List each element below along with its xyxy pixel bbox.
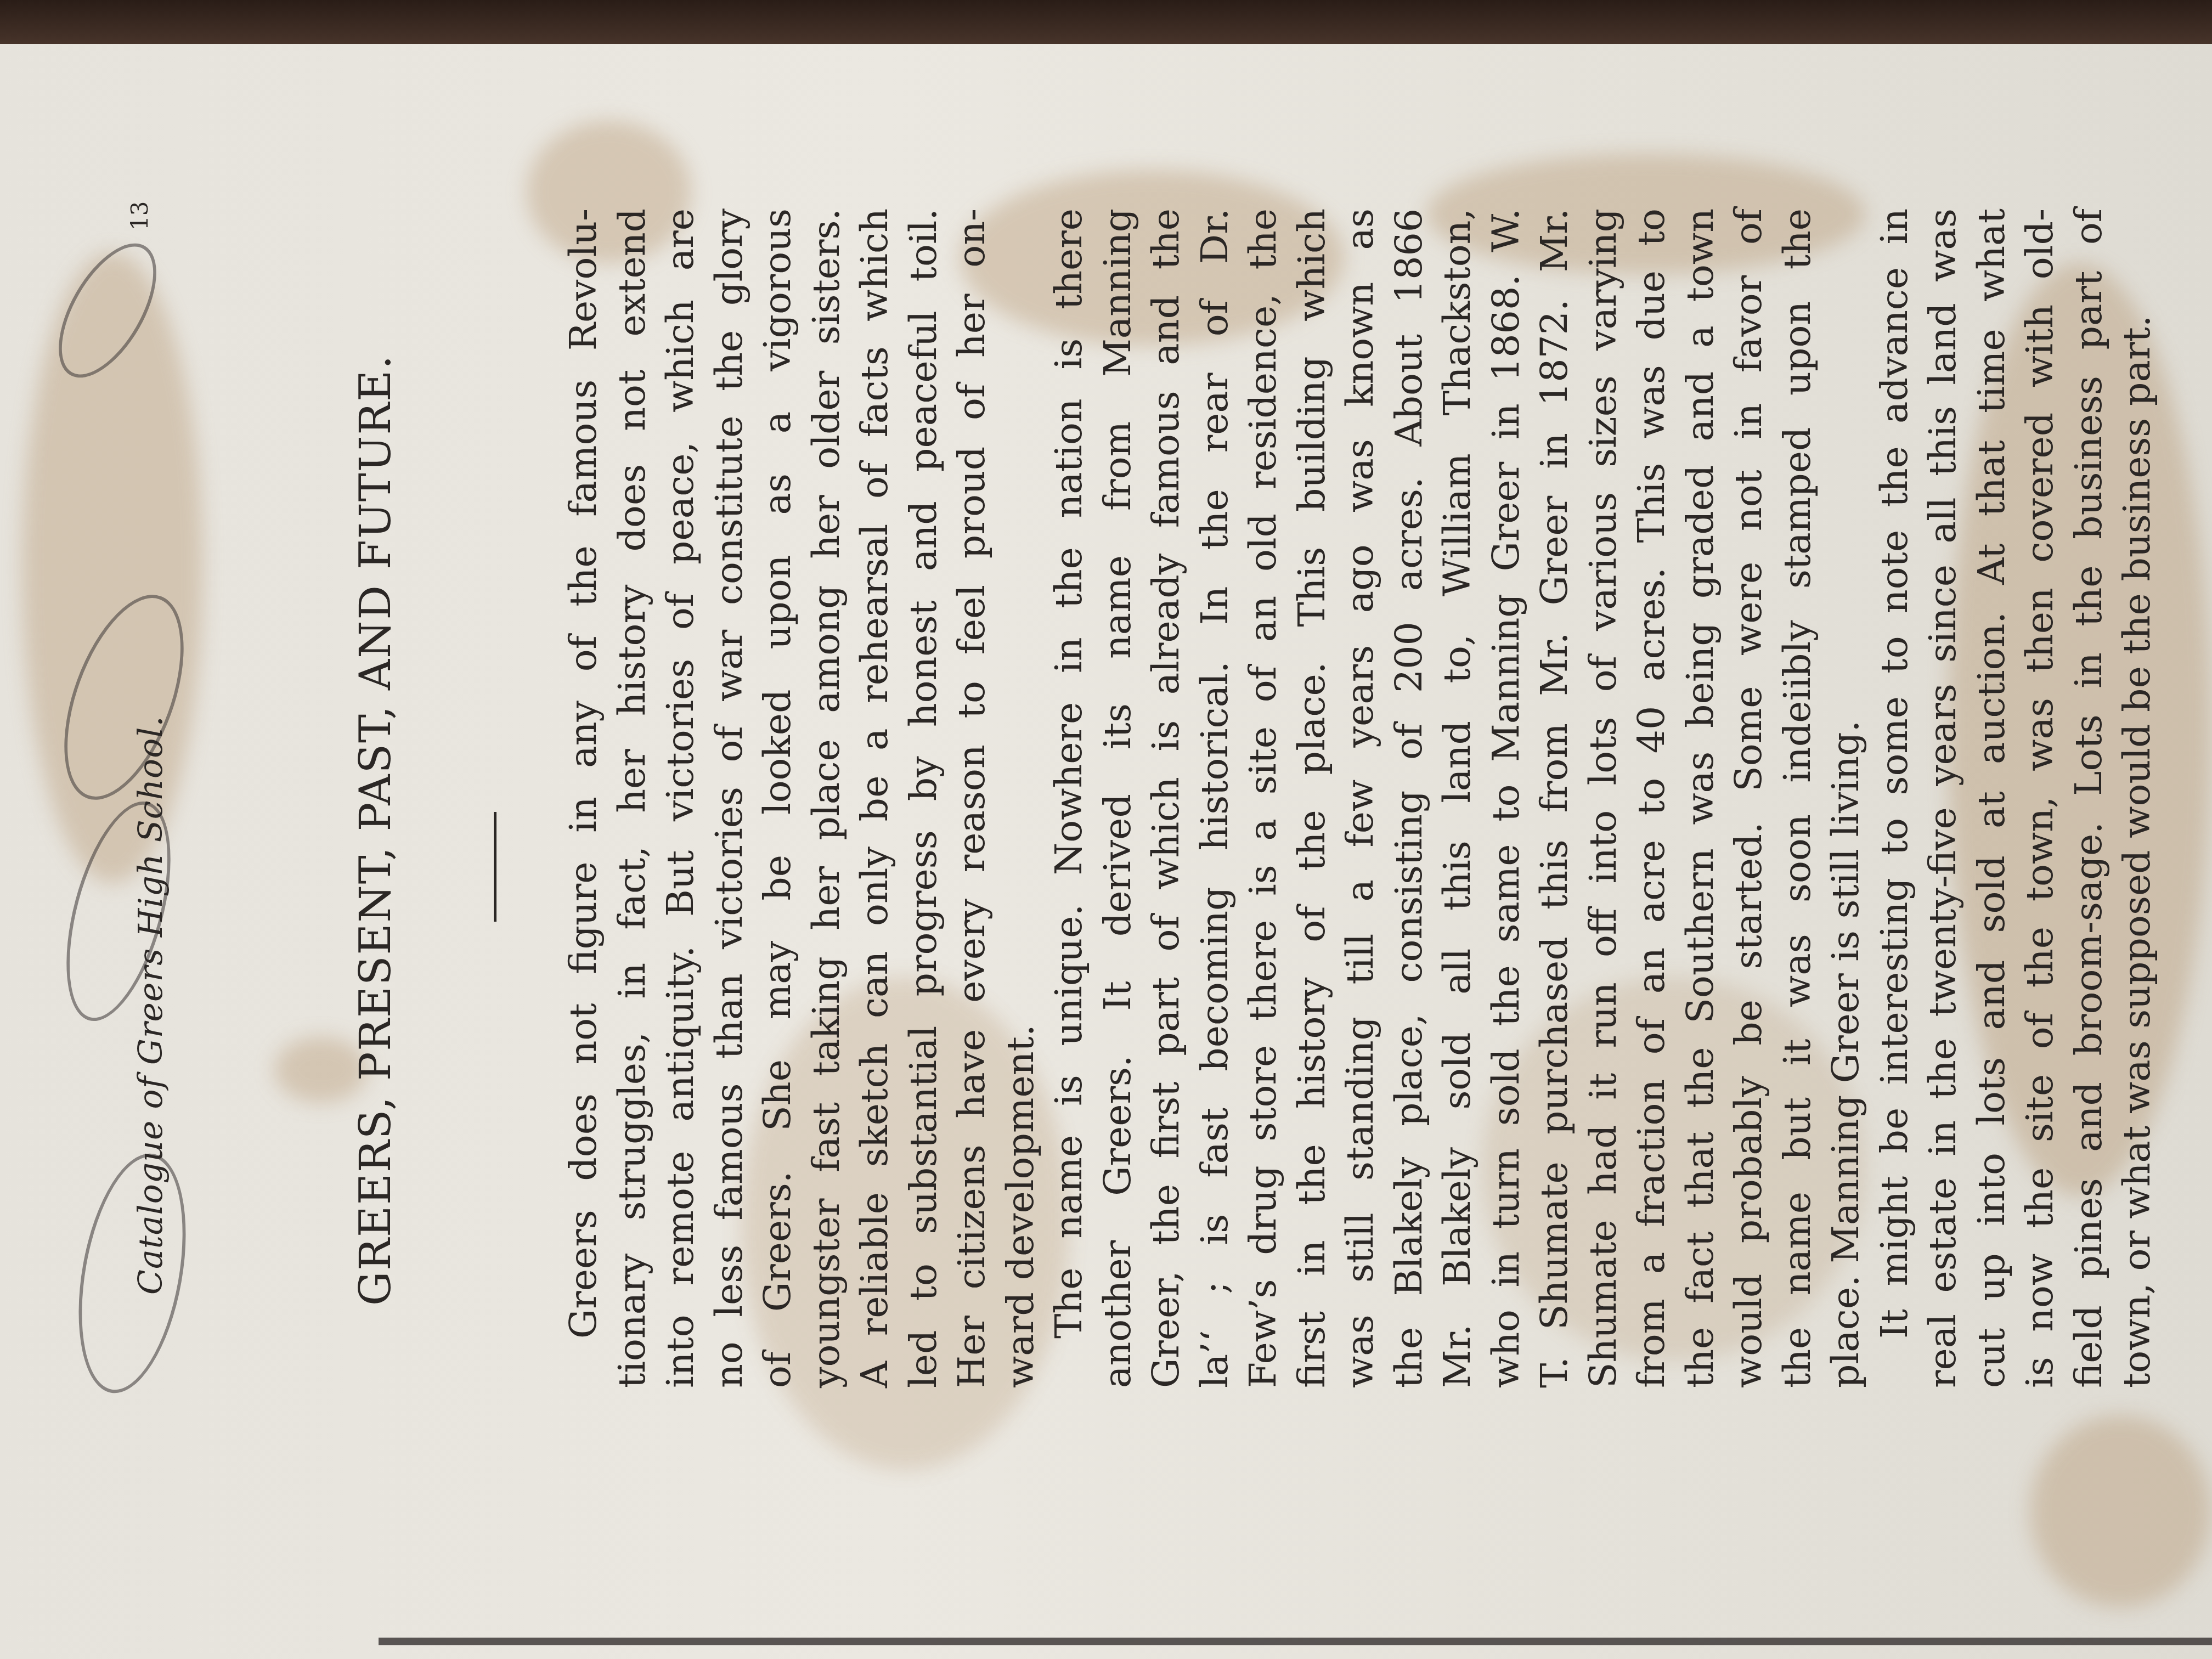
- text-line: the Blakely place, consisting of 200 acr…: [1385, 208, 1434, 1388]
- text-line: field pines and broom-sage. Lots in the …: [2065, 208, 2114, 1388]
- article-body: Greers does not figure in any of the fam…: [560, 208, 2162, 1388]
- page-title: GREERS, PRESENT, PAST, AND FUTURE.: [351, 354, 400, 1306]
- text-line: into remote antiquity. But victories of …: [657, 208, 706, 1388]
- table-background: [0, 0, 2212, 49]
- text-line: of Greers. She may be looked upon as a v…: [754, 208, 803, 1388]
- text-line: Few’s drug store there is a site of an o…: [1239, 208, 1288, 1388]
- text-line: The name is unique. Nowhere in the natio…: [1045, 208, 1094, 1388]
- text-line: first in the history of the place. This …: [1288, 208, 1337, 1388]
- text-line: Mr. Blakely sold all this land to, Willi…: [1434, 208, 1482, 1388]
- page-number: 13: [126, 201, 153, 230]
- text-line: who in turn sold the same to Manning Gre…: [1482, 208, 1531, 1388]
- text-line: is now the site of the town, was then co…: [2016, 208, 2065, 1388]
- text-line: real estate in the twenty-five years sin…: [1919, 208, 1968, 1388]
- text-line: A reliable sketch can only be a rehearsa…: [851, 208, 900, 1388]
- text-line: was still standing till a few years ago …: [1336, 208, 1385, 1388]
- text-line: Greers does not figure in any of the fam…: [560, 208, 608, 1388]
- running-head: Catalogue of Greers High School.: [132, 715, 170, 1295]
- text-line: led to substantial progress by honest an…: [900, 208, 949, 1388]
- text-line: the fact that the Southern was being gra…: [1677, 208, 1725, 1388]
- text-line: town, or what was supposed would be the …: [2113, 208, 2162, 1388]
- text-line: youngster fast taking her place among he…: [803, 208, 851, 1388]
- text-line: the name but it was soon indeiibly stamp…: [1774, 208, 1822, 1388]
- fold-line: [379, 1638, 2212, 1645]
- text-line: place. Manning Greer is still living.: [1822, 208, 1871, 1388]
- text-line: ward development.: [997, 208, 1046, 1388]
- text-line: T. Shumate purchased this from Mr. Greer…: [1531, 208, 1579, 1388]
- text-line: Shumate had it run off into lots of vari…: [1579, 208, 1628, 1388]
- text-line: would probably be started. Some were not…: [1725, 208, 1774, 1388]
- text-line: tionary struggles, in fact, her history …: [608, 208, 657, 1388]
- text-line: from a fraction of an acre to 40 acres. …: [1628, 208, 1677, 1388]
- catalogue-page: Catalogue of Greers High School. 13 GREE…: [99, 143, 1832, 1569]
- text-line: no less famous than victories of war con…: [706, 208, 754, 1388]
- text-line: It might be interesting to some to note …: [1871, 208, 1920, 1388]
- text-line: another Greers. It derived its name from…: [1094, 208, 1143, 1388]
- title-divider: [494, 812, 496, 922]
- text-line: cut up into lots and sold at auction. At…: [1968, 208, 2017, 1388]
- text-line: Her citizens have every reason to feel p…: [948, 208, 997, 1388]
- water-stain: [2030, 1415, 2211, 1607]
- text-line: la’‘ ; is fast becoming historical. In t…: [1191, 208, 1240, 1388]
- text-line: Greer, the first part of which is alread…: [1142, 208, 1191, 1388]
